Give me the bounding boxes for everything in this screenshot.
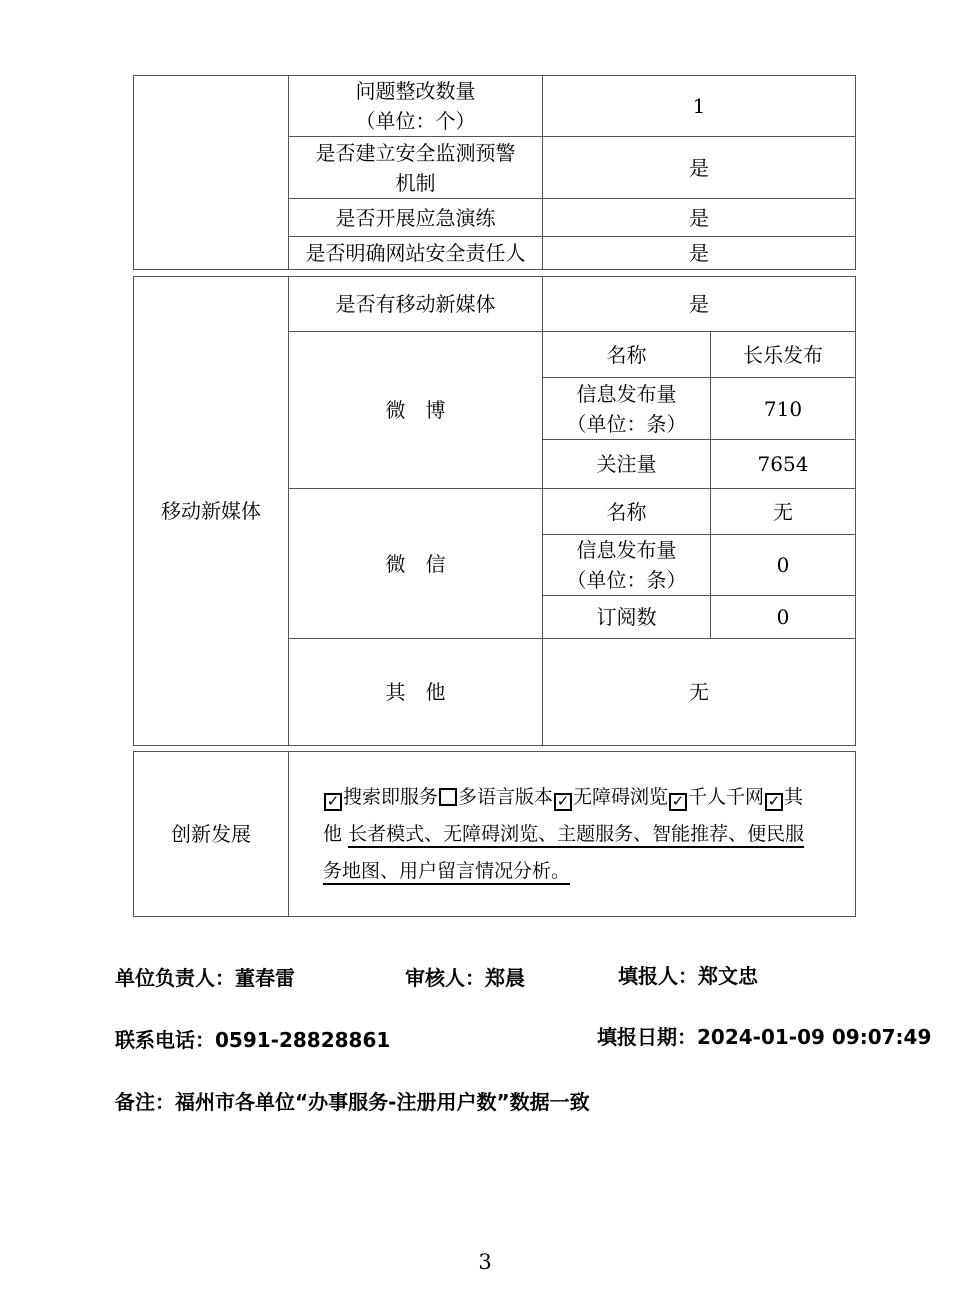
table-row: 创新发展 ✓搜索即服务多语言版本✓无障碍浏览✓千人千网✓其他 长者模式、无障碍浏… xyxy=(134,752,856,917)
sub-label-cell: 订阅数 xyxy=(543,596,711,639)
checkbox-multilanguage[interactable] xyxy=(439,788,457,806)
mobile-media-section-table: 移动新媒体 是否有移动新媒体 是 微 博 名称 长乐发布 信息发布量 （单位：条… xyxy=(133,276,856,746)
row-label-cell: 问题整改数量 （单位：个） xyxy=(289,76,543,137)
checkbox-label: 无障碍浏览 xyxy=(573,786,668,808)
sub-value-cell: 长乐发布 xyxy=(711,332,856,378)
sub-value-cell: 7654 xyxy=(711,440,856,489)
filing-date: 填报日期：2024-01-09 09:07:49 xyxy=(597,1021,931,1050)
field-value: 董春雷 xyxy=(235,966,295,990)
row-value-cell: 是 xyxy=(543,137,856,199)
row-value-cell: 是 xyxy=(543,237,856,270)
checkbox-other[interactable]: ✓ xyxy=(765,793,783,811)
weibo-cell: 微 博 xyxy=(289,332,543,489)
report-table: 问题整改数量 （单位：个） 1 是否建立安全监测预警 机制 是 是否开展应急演练… xyxy=(133,75,855,917)
remark-note: 备注：福州市各单位“办事服务-注册用户数”数据一致 xyxy=(115,1086,590,1115)
security-section-table: 问题整改数量 （单位：个） 1 是否建立安全监测预警 机制 是 是否开展应急演练… xyxy=(133,75,856,270)
field-label: 填报人： xyxy=(618,964,698,988)
field-label: 审核人： xyxy=(405,966,485,990)
sub-label-cell: 名称 xyxy=(543,332,711,378)
innovation-section-table: 创新发展 ✓搜索即服务多语言版本✓无障碍浏览✓千人千网✓其他 长者模式、无障碍浏… xyxy=(133,751,856,917)
sub-label-cell: 信息发布量 （单位：条） xyxy=(543,535,711,596)
field-value: 郑晨 xyxy=(485,966,525,990)
innovation-note: 长者模式、无障碍浏览、主题服务、智能推荐、便民服务地图、用户留言情况分析。 xyxy=(323,823,804,882)
sub-value-cell: 0 xyxy=(711,596,856,639)
row-label-cell: 是否开展应急演练 xyxy=(289,199,543,237)
checkbox-label: 多语言版本 xyxy=(458,786,553,808)
contact-phone: 联系电话：0591-28828861 xyxy=(115,1024,390,1053)
table-row: 问题整改数量 （单位：个） 1 xyxy=(134,76,856,137)
field-value: 2024-01-09 09:07:49 xyxy=(697,1025,931,1049)
row-label-cell: 是否建立安全监测预警 机制 xyxy=(289,137,543,199)
row-value-cell: 1 xyxy=(543,76,856,137)
check-icon: ✓ xyxy=(327,792,340,810)
row-value-cell: 是 xyxy=(543,199,856,237)
field-value: 0591-28828861 xyxy=(215,1028,390,1052)
category-cell-innovation: 创新发展 xyxy=(134,752,289,917)
other-media-value-cell: 无 xyxy=(543,639,856,746)
sub-label-cell: 名称 xyxy=(543,489,711,535)
row-label-cell: 是否有移动新媒体 xyxy=(289,277,543,332)
sub-value-cell: 710 xyxy=(711,378,856,440)
checkbox-accessible-browsing[interactable]: ✓ xyxy=(554,793,572,811)
checkbox-search-service[interactable]: ✓ xyxy=(324,793,342,811)
checkbox-qianren-qianwang[interactable]: ✓ xyxy=(669,793,687,811)
check-icon: ✓ xyxy=(672,792,685,810)
sub-value-cell: 无 xyxy=(711,489,856,535)
row-value-cell: 是 xyxy=(543,277,856,332)
unit-responsible-person: 单位负责人：董春雷 xyxy=(115,962,295,991)
checkbox-label: 搜索即服务 xyxy=(343,786,438,808)
reviewer: 审核人：郑晨 xyxy=(405,962,525,991)
checkbox-label: 千人千网 xyxy=(688,786,764,808)
field-label: 单位负责人： xyxy=(115,966,235,990)
sub-label-cell: 信息发布量 （单位：条） xyxy=(543,378,711,440)
document-page: 问题整改数量 （单位：个） 1 是否建立安全监测预警 机制 是 是否开展应急演练… xyxy=(0,0,970,1305)
check-icon: ✓ xyxy=(768,792,781,810)
sub-label-cell: 关注量 xyxy=(543,440,711,489)
row-label-cell: 是否明确网站安全责任人 xyxy=(289,237,543,270)
innovation-content-cell: ✓搜索即服务多语言版本✓无障碍浏览✓千人千网✓其他 长者模式、无障碍浏览、主题服… xyxy=(289,752,856,917)
wechat-cell: 微 信 xyxy=(289,489,543,639)
field-label: 填报日期： xyxy=(597,1025,697,1049)
field-label: 联系电话： xyxy=(115,1028,215,1052)
page-number: 3 xyxy=(0,1250,970,1274)
field-value: 郑文忠 xyxy=(698,964,758,988)
category-cell-empty xyxy=(134,76,289,270)
category-cell-mobile-media: 移动新媒体 xyxy=(134,277,289,746)
form-filler: 填报人：郑文忠 xyxy=(618,960,758,989)
other-media-label-cell: 其 他 xyxy=(289,639,543,746)
table-row: 移动新媒体 是否有移动新媒体 是 xyxy=(134,277,856,332)
sub-value-cell: 0 xyxy=(711,535,856,596)
check-icon: ✓ xyxy=(557,792,570,810)
